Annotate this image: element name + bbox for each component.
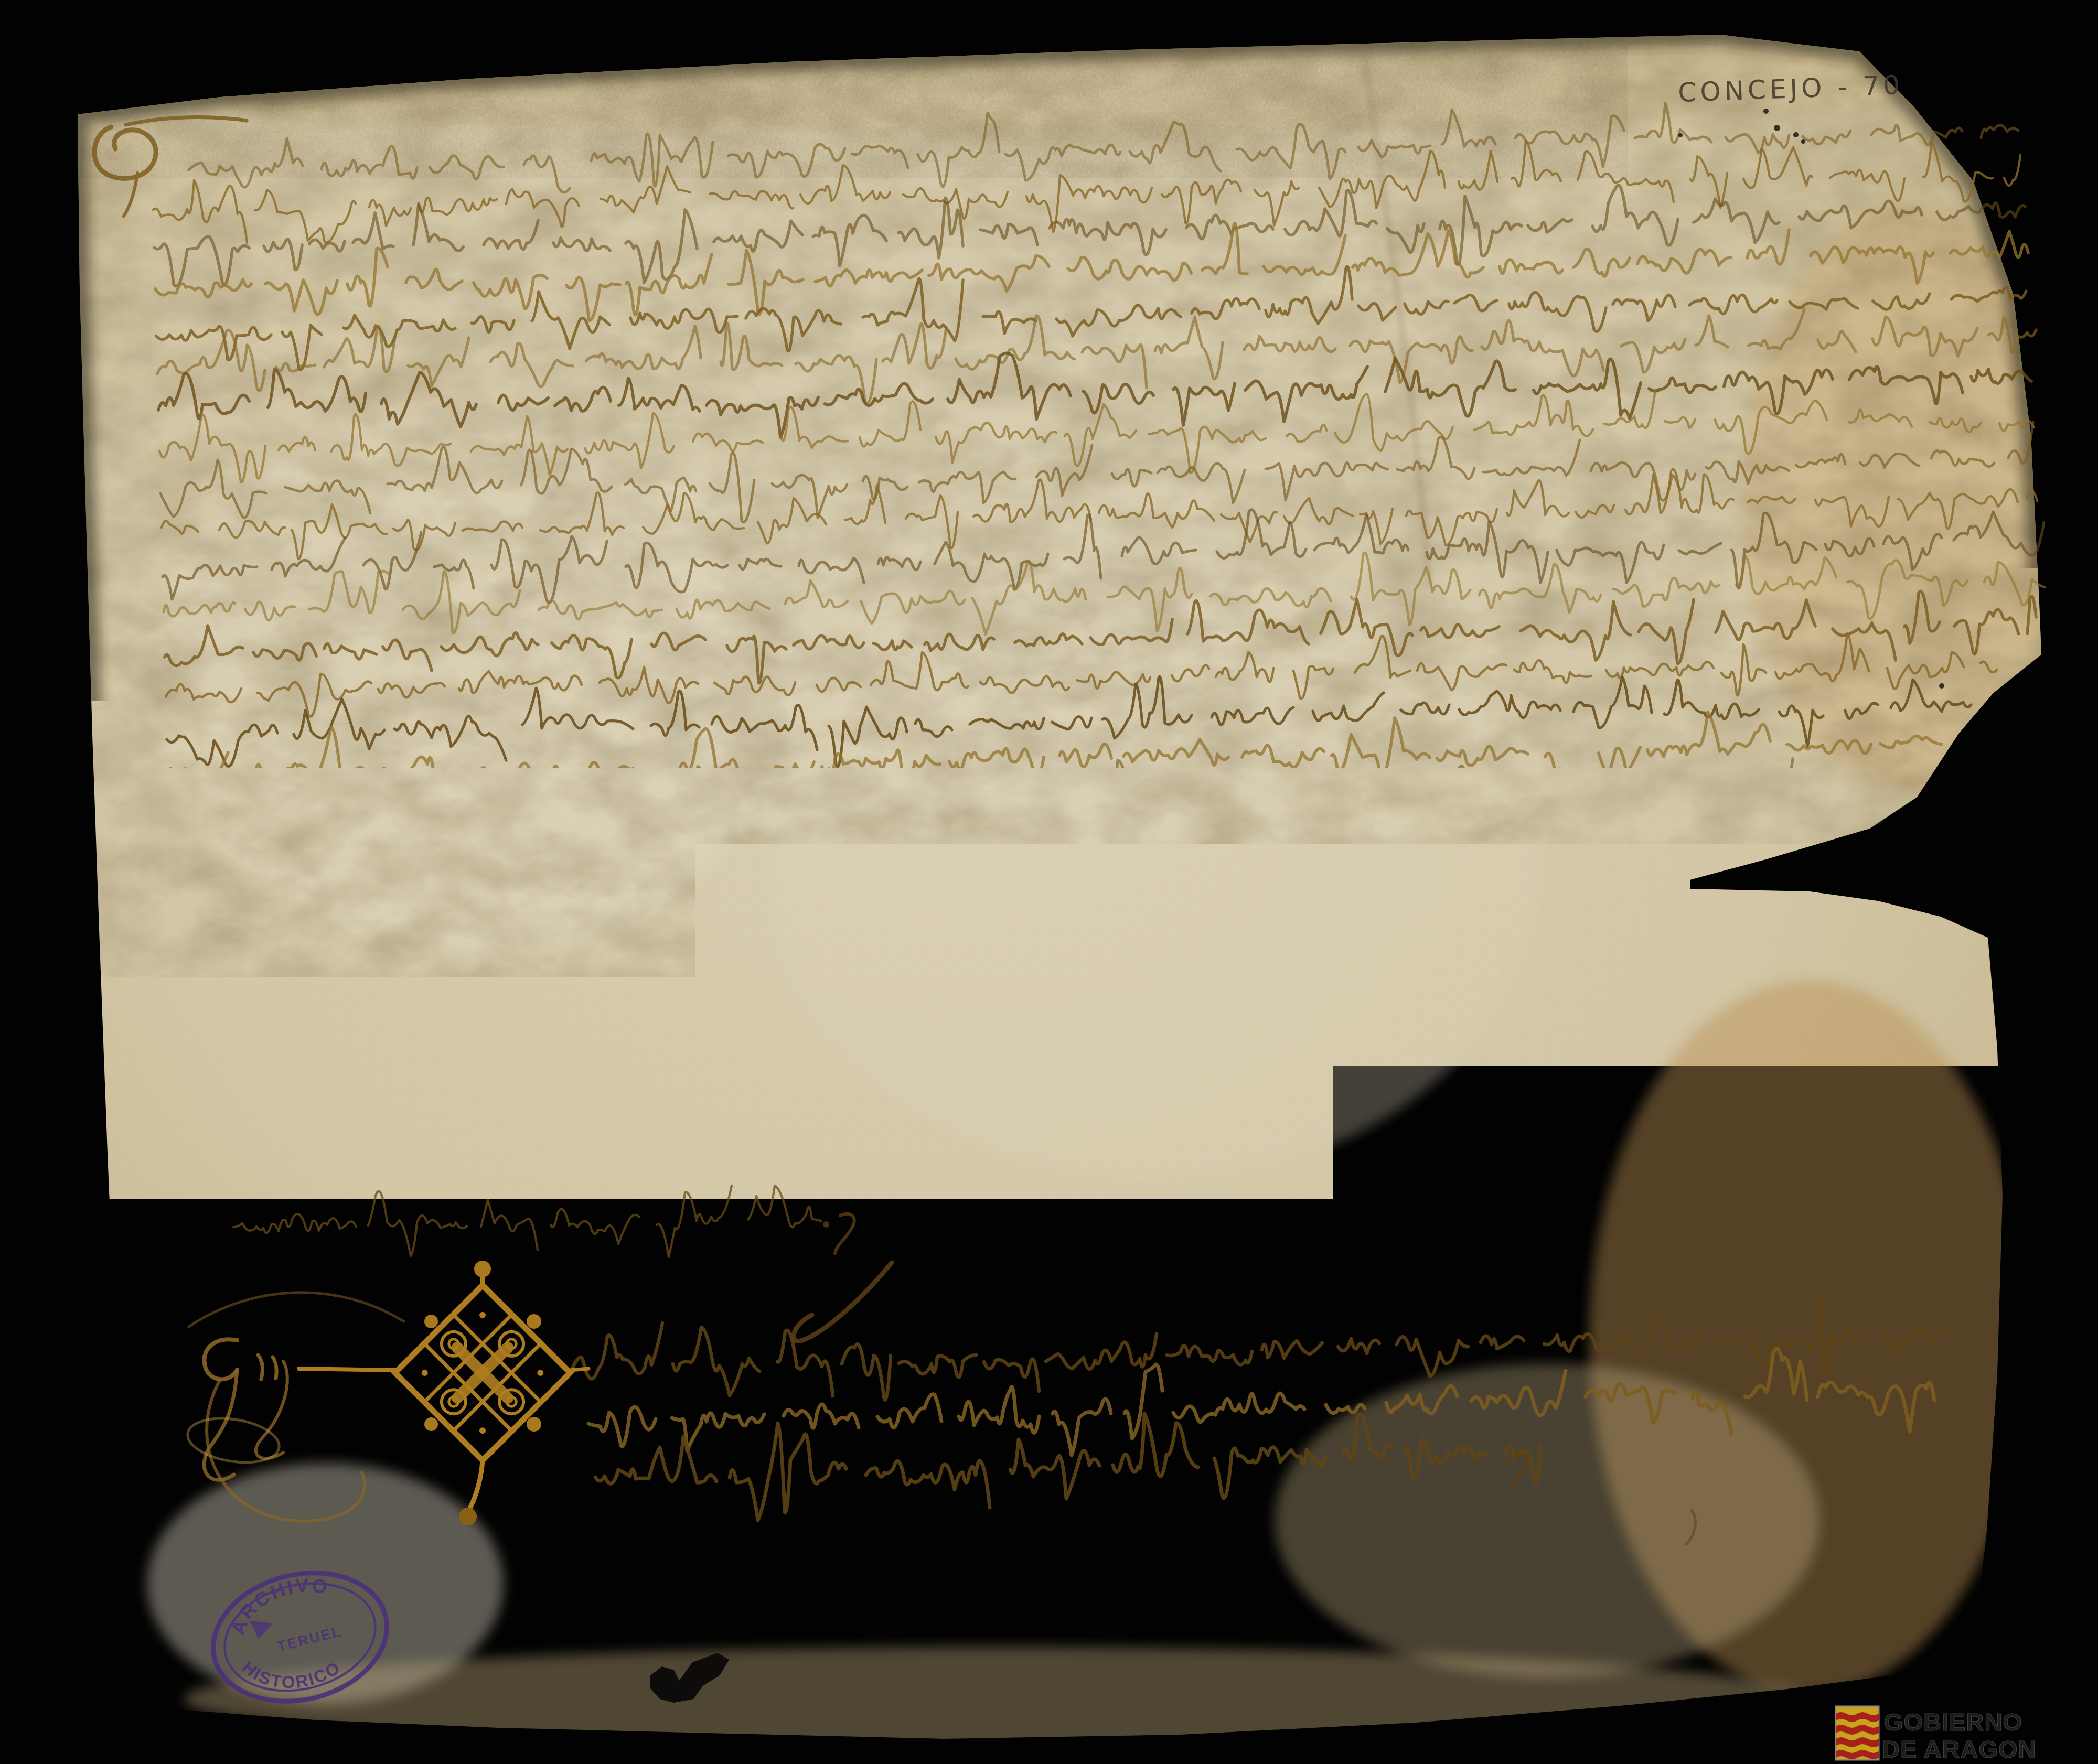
aragon-shield xyxy=(1836,1706,1879,1760)
ink-speck xyxy=(1290,1187,1294,1191)
sign-knob xyxy=(459,1508,477,1525)
sign-rule-right xyxy=(570,1369,588,1370)
ink-speck xyxy=(1678,133,1683,137)
document-photo: CONCEJO - 70 ARCHIVO TERUEL HISTORICO GO… xyxy=(0,0,2098,1764)
sign-rule-left xyxy=(299,1369,395,1370)
ink-speck xyxy=(1933,949,1940,955)
sign-knob xyxy=(424,1417,438,1431)
gobierno-aragon-watermark: GOBIERNO DE ARAGON xyxy=(1836,1706,2037,1763)
sign-knob xyxy=(424,1315,438,1328)
watermark-line2: DE ARAGON xyxy=(1882,1735,2037,1763)
ink-speck xyxy=(1763,109,1769,114)
ink-speck xyxy=(1774,125,1780,131)
ink-speck xyxy=(1793,132,1799,137)
ink-speck xyxy=(1939,683,1944,689)
ink-speck xyxy=(1801,139,1805,144)
sign-knob xyxy=(474,1261,491,1277)
sign-knob xyxy=(527,1314,541,1329)
ink-speck xyxy=(548,1151,555,1158)
watermark-line1: GOBIERNO xyxy=(1884,1708,2022,1736)
ink-speck xyxy=(1922,1074,1926,1078)
sign-knob xyxy=(527,1417,541,1432)
